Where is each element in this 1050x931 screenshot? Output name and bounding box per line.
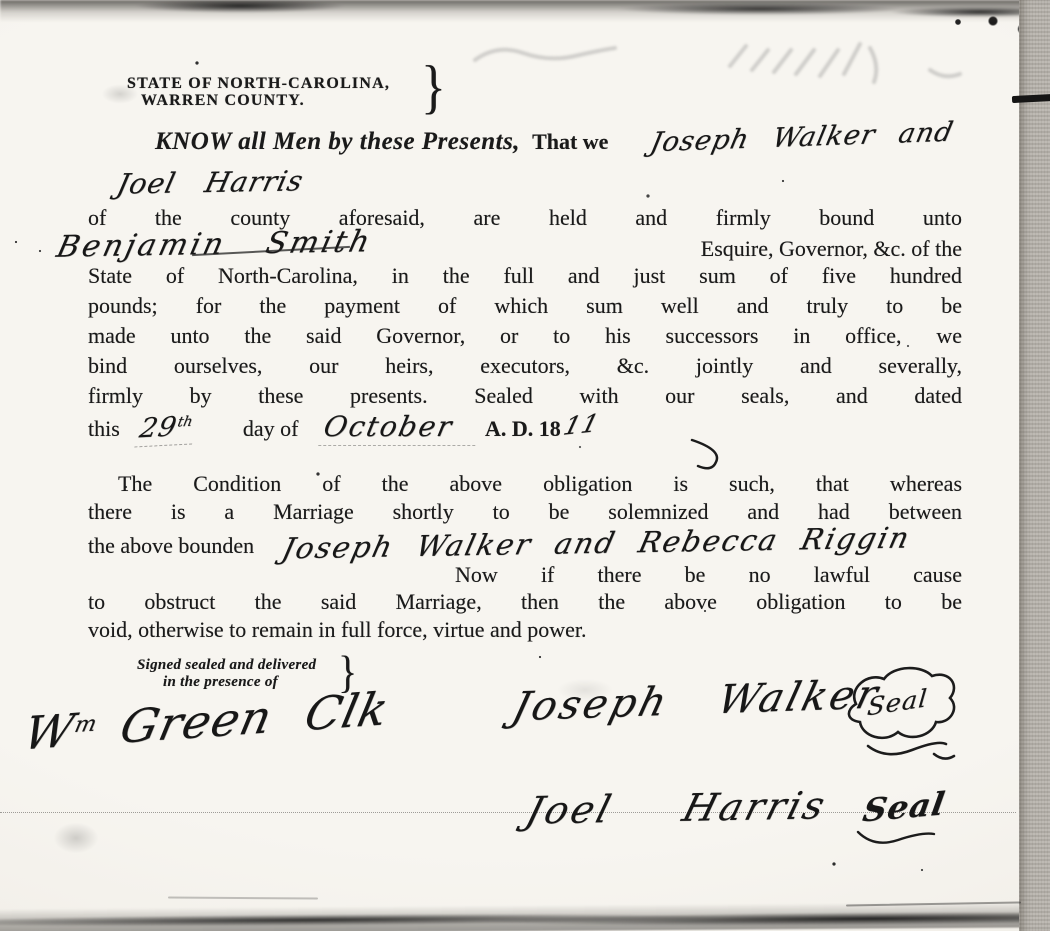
date-month-handwritten: October xyxy=(319,410,483,446)
date-day-handwritten: 29th xyxy=(134,411,198,448)
condition-line6: void, otherwise to remain in full force,… xyxy=(88,616,962,644)
date-day-ordinal-suffix: th xyxy=(176,414,194,431)
condition-line1: The Condition of the above obligation is… xyxy=(88,470,962,498)
bottom-faint-crease xyxy=(168,896,318,899)
obligee-name-handwritten: Benjamin Smith xyxy=(53,224,376,264)
date-year-handwritten: 11 xyxy=(560,408,602,440)
marriage-bond-document: STATE OF NORTH-CAROLINA, WARREN COUNTY. … xyxy=(0,0,1050,931)
attestation-line1: Signed sealed and delivered xyxy=(137,657,316,674)
body-line-state: State of North-Carolina, in the full and… xyxy=(88,262,962,290)
walker-seal-flourish xyxy=(838,662,966,770)
know-all-men-clause: KNOW all Men by these Presents, xyxy=(155,128,520,155)
witness-signature-wm-green: Wm Green Clk xyxy=(19,682,394,761)
body-line-firmly: firmly by these presents. Sealed with ou… xyxy=(88,382,962,410)
scan-bottom-edge-smudge xyxy=(0,901,1050,931)
month-swash-flourish xyxy=(688,436,748,472)
signature-joel-harris: Joel Harris xyxy=(521,783,832,832)
harris-seal-label: Seal xyxy=(860,785,948,830)
condition-line4: Now if there be no lawful cause xyxy=(455,561,962,589)
opening-line: KNOW all Men by these Presents,That we xyxy=(155,128,608,156)
that-we-text: That we xyxy=(532,129,608,154)
bounden-printed-text: the above bounden xyxy=(88,533,254,559)
body-line-pounds: pounds; for the payment of which sum wel… xyxy=(88,292,962,320)
signature-joseph-walker: Joseph Walker xyxy=(508,672,886,731)
header-brace: } xyxy=(421,54,446,122)
header-state-line: STATE OF NORTH-CAROLINA, xyxy=(127,75,390,93)
obligor-names-handwritten: Joseph Walker and xyxy=(647,117,956,158)
bounden-names-handwritten: Joseph Walker and Rebecca Riggin xyxy=(279,521,914,566)
condition-line5: to obstruct the said Marriage, then the … xyxy=(88,588,962,616)
witness-sig-rest: Green Clk xyxy=(115,682,394,754)
date-ad-printed: A. D. 18 xyxy=(485,416,561,442)
condition-line3: the above bounden Joseph Walker and Rebe… xyxy=(88,526,1008,560)
obligor-name2-handwritten: Joel Harris xyxy=(114,164,307,200)
scan-right-edge-strip xyxy=(1019,0,1050,931)
right-edge-ink-dash xyxy=(1012,94,1050,103)
esquire-governor-text: Esquire, Governor, &c. of the xyxy=(701,236,962,262)
date-prefix-text: this xyxy=(88,416,120,442)
date-line: this 29th day of October A. D. 18 11 xyxy=(88,410,962,446)
harris-seal-flourish xyxy=(852,824,952,854)
witness-sig-superscript: m xyxy=(72,712,99,738)
body-line-bind: bind ourselves, our heirs, executors, &c… xyxy=(88,352,962,380)
date-middle-text: day of xyxy=(243,416,299,442)
scan-top-edge-smudge xyxy=(0,0,1050,22)
ink-bleedthrough-ghost-writing xyxy=(430,14,1010,94)
body-line-made: made unto the said Governor, or to his s… xyxy=(88,322,962,350)
attestation-line2: in the presence of xyxy=(163,674,278,691)
witness-sig-initial: W xyxy=(19,703,80,760)
header-county-line: WARREN COUNTY. xyxy=(141,92,305,110)
